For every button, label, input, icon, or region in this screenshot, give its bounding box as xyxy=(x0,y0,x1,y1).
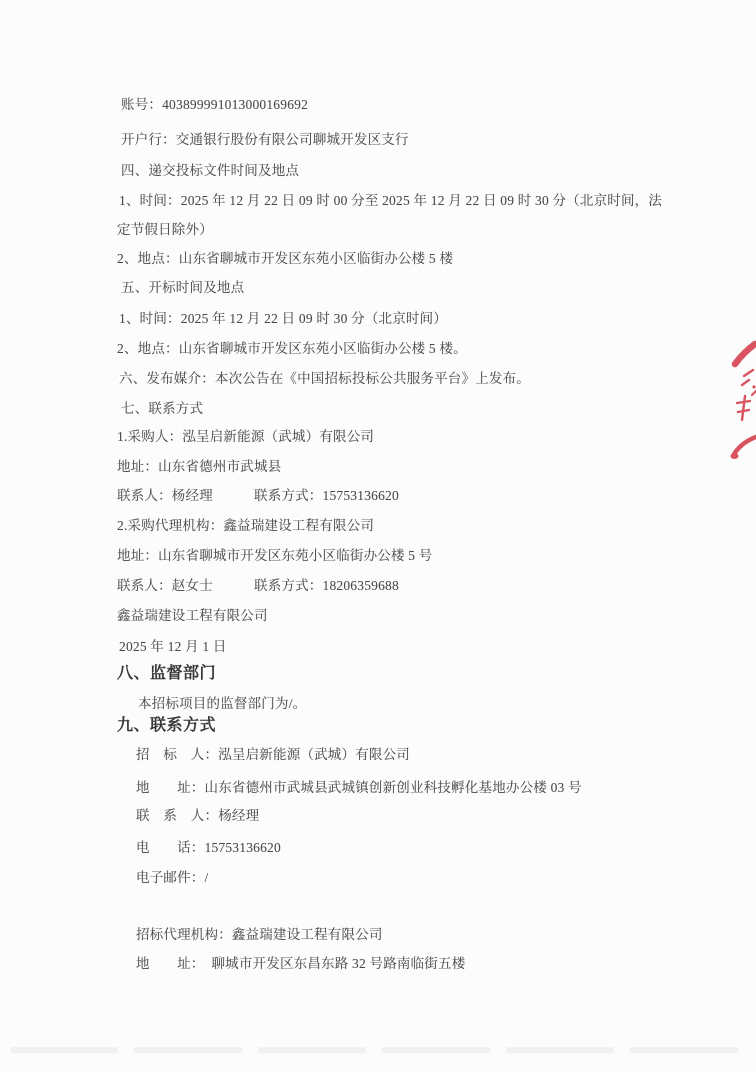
document-line: 联系人：赵女士 联系方式：18206359688 xyxy=(117,579,399,593)
document-line: 招标代理机构：鑫益瑞建设工程有限公司 xyxy=(136,928,383,942)
document-line: 2、地点：山东省聊城市开发区东苑小区临街办公楼 5 楼 xyxy=(117,252,453,266)
document-line: 六、发布媒介：本次公告在《中国招标投标公共服务平台》上发布。 xyxy=(119,372,530,386)
document-line: 1、时间：2025 年 12 月 22 日 09 时 00 分至 2025 年 … xyxy=(119,194,662,208)
document-line: 联系人：杨经理 联系方式：15753136620 xyxy=(117,489,399,503)
document-line: 鑫益瑞建设工程有限公司 xyxy=(117,609,268,623)
document-line: 电子邮件：/ xyxy=(136,871,208,885)
document-line: 电 话：15753136620 xyxy=(136,841,281,855)
document-line: 联 系 人：杨经理 xyxy=(136,809,259,823)
document-line: 1.采购人：泓呈启新能源（武城）有限公司 xyxy=(117,430,374,444)
document-line: 地 址： 聊城市开发区东昌东路 32 号路南临街五楼 xyxy=(136,957,465,971)
document-line: 2.采购代理机构：鑫益瑞建设工程有限公司 xyxy=(117,519,374,533)
document-line: 2、地点：山东省聊城市开发区东苑小区临街办公楼 5 楼。 xyxy=(117,342,467,356)
document-line: 五、开标时间及地点 xyxy=(121,281,244,295)
document-line: 地址：山东省聊城市开发区东苑小区临街办公楼 5 号 xyxy=(117,549,433,563)
document-line: 四、递交投标文件时间及地点 xyxy=(121,164,299,178)
scan-artifact xyxy=(10,1047,746,1053)
document-line: 七、联系方式 xyxy=(121,402,203,416)
document-page: 账号：403899991013000169692开户行：交通银行股份有限公司聊城… xyxy=(0,0,756,1072)
document-line: 开户行：交通银行股份有限公司聊城开发区支行 xyxy=(121,133,409,147)
document-line: 账号：403899991013000169692 xyxy=(121,98,308,112)
document-line: 地址：山东省德州市武城县 xyxy=(117,460,281,474)
document-line: 1、时间：2025 年 12 月 22 日 09 时 30 分（北京时间） xyxy=(119,312,447,326)
document-line: 定节假日除外） xyxy=(117,223,213,237)
document-line: 地 址：山东省德州市武城县武城镇创新创业科技孵化基地办公楼 03 号 xyxy=(136,781,582,795)
section-heading: 九、联系方式 xyxy=(117,718,216,734)
document-line: 招 标 人：泓呈启新能源（武城）有限公司 xyxy=(136,748,410,762)
document-line: 2025 年 12 月 1 日 xyxy=(119,640,227,654)
document-line: 本招标项目的监督部门为/。 xyxy=(138,697,306,711)
red-ink-handwriting-marks xyxy=(730,340,756,470)
section-heading: 八、监督部门 xyxy=(117,666,216,682)
